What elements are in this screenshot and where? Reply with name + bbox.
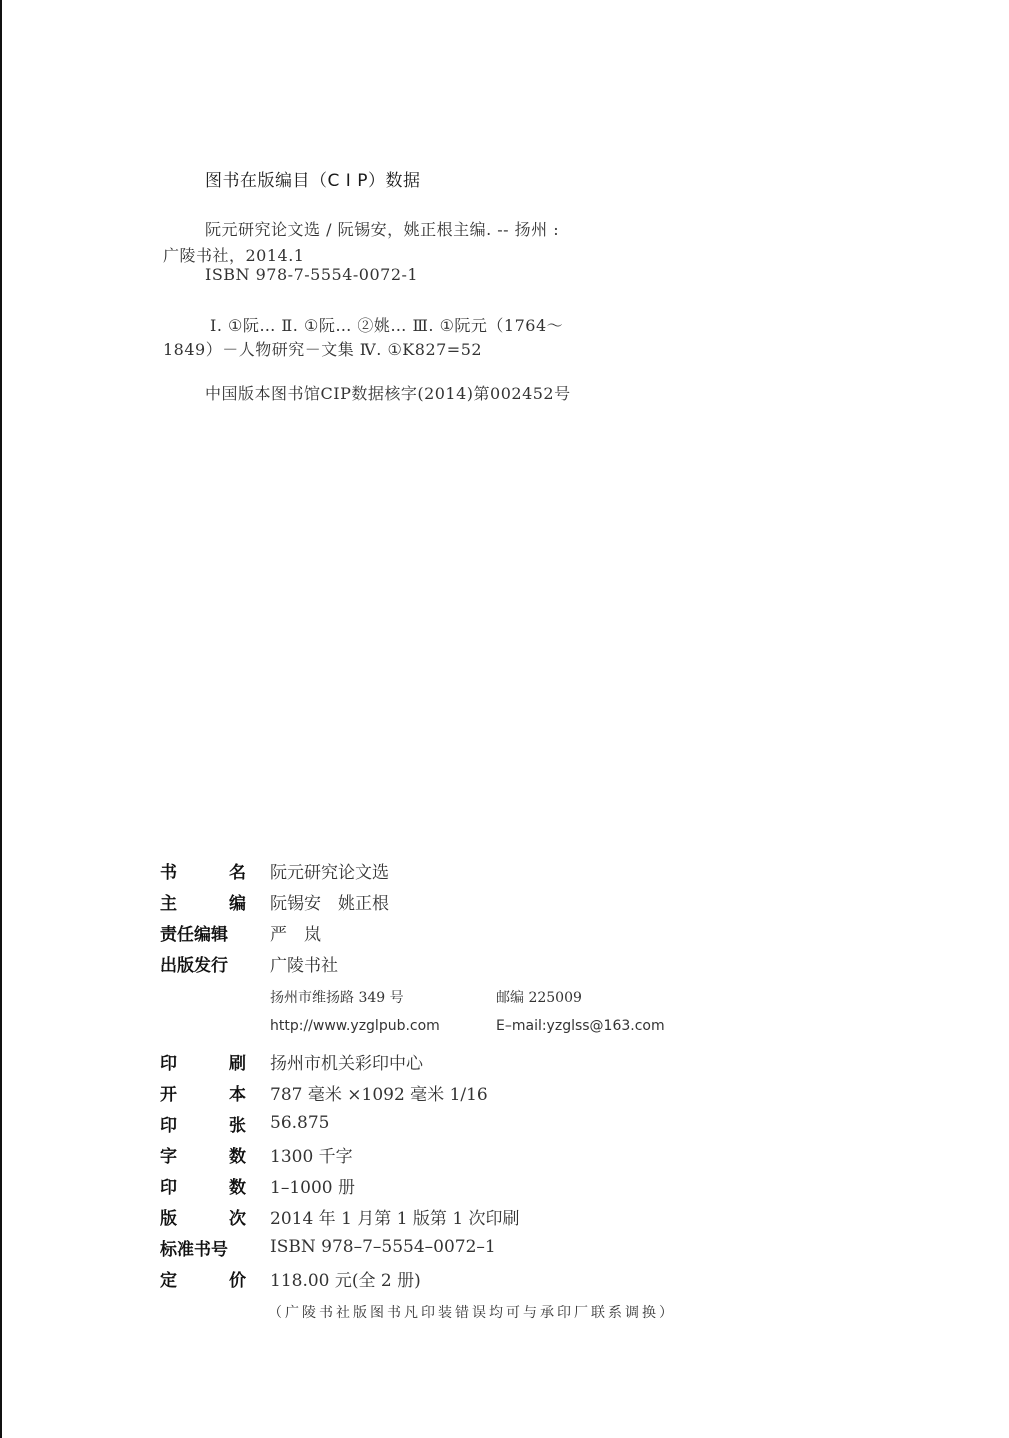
book-title: 阮元研究论文选 <box>270 858 389 883</box>
cip-line-isbn: ISBN 978-7-5554-0072-1 <box>205 265 418 284</box>
publisher-website: http://www.yzglpub.com <box>270 1018 440 1034</box>
colophon-row-printer: 印刷 扬州市机关彩印中心 <box>160 1048 423 1074</box>
colophon-row-price: 定价 118.00 元(全 2 册) <box>160 1265 421 1291</box>
publisher-address: 扬州市维扬路 349 号 <box>270 987 404 1007</box>
colophon-row-word-count: 字数 1300 千字 <box>160 1141 353 1167</box>
colophon-row-sheets: 印张 56.875 <box>160 1110 329 1136</box>
colophon-row-responsible-editor: 责任编辑 严 岚 <box>160 919 321 945</box>
colophon-row-edition: 版次 2014 年 1 月第 1 版第 1 次印刷 <box>160 1203 520 1229</box>
chief-editors: 阮锡安 姚正根 <box>270 889 389 914</box>
colophon-row-format: 开本 787 毫米 ×1092 毫米 1/16 <box>160 1079 488 1105</box>
cip-line-subjects: Ⅰ. ①阮… Ⅱ. ①阮… ②姚… Ⅲ. ①阮元（1764～ <box>210 313 563 336</box>
responsible-editor: 严 岚 <box>270 920 321 945</box>
cip-line-publisher: 广陵书社，2014.1 <box>163 243 305 266</box>
replacement-note: （广陵书社版图书凡印装错误均可与承印厂联系调换） <box>268 1302 676 1322</box>
publisher-postcode: 邮编 225009 <box>496 987 582 1007</box>
page-edge <box>0 0 2 1438</box>
publisher-name: 广陵书社 <box>270 951 338 976</box>
colophon-row-editor: 主编 阮锡安 姚正根 <box>160 888 389 914</box>
colophon-row-print-run: 印数 1–1000 册 <box>160 1172 355 1198</box>
colophon-row-publisher: 出版发行 广陵书社 <box>160 950 338 976</box>
publisher-email: E–mail:yzglss@163.com <box>496 1018 665 1034</box>
colophon-row-isbn: 标准书号 ISBN 978–7–5554–0072–1 <box>160 1234 496 1260</box>
cip-line-record-number: 中国版本图书馆CIP数据核字(2014)第002452号 <box>205 381 571 404</box>
cip-line-classification: 1849）－人物研究－文集 Ⅳ. ①K827=52 <box>163 337 482 360</box>
cip-title: 图书在版编目（C I P）数据 <box>205 166 420 191</box>
cip-line-title: 阮元研究论文选 / 阮锡安，姚正根主编. -- 扬州 : <box>205 217 559 240</box>
colophon-row-title: 书名 阮元研究论文选 <box>160 857 389 883</box>
